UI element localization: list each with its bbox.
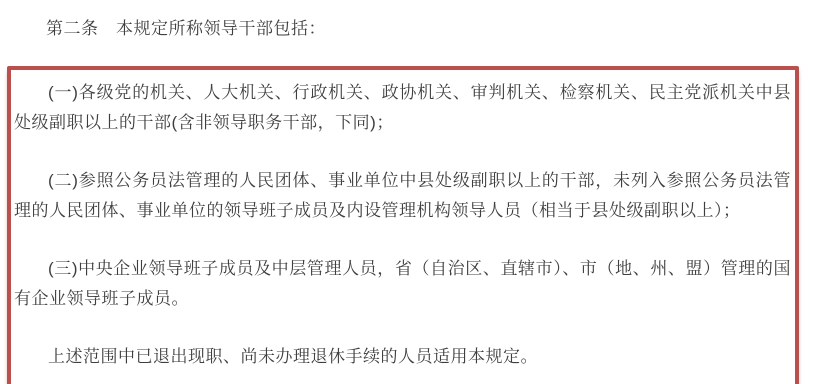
clause-item-1: (一)各级党的机关、人大机关、行政机关、政协机关、审判机关、检察机关、民主党派机… [14, 78, 791, 138]
document-page: 第二条 本规定所称领导干部包括： (一)各级党的机关、人大机关、行政机关、政协机… [0, 0, 813, 384]
closing-note: 上述范围中已退出现职、尚未办理退休手续的人员适用本规定。 [14, 342, 791, 372]
article-intro-line: 第二条 本规定所称领导干部包括： [12, 16, 797, 42]
clause-item-3: (三)中央企业领导班子成员及中层管理人员，省（自治区、直辖市）、市（地、州、盟）… [14, 254, 791, 314]
highlight-box: (一)各级党的机关、人大机关、行政机关、政协机关、审判机关、检察机关、民主党派机… [7, 66, 799, 384]
clause-item-2: (二)参照公务员法管理的人民团体、事业单位中县处级副职以上的干部，未列入参照公务… [14, 166, 791, 226]
